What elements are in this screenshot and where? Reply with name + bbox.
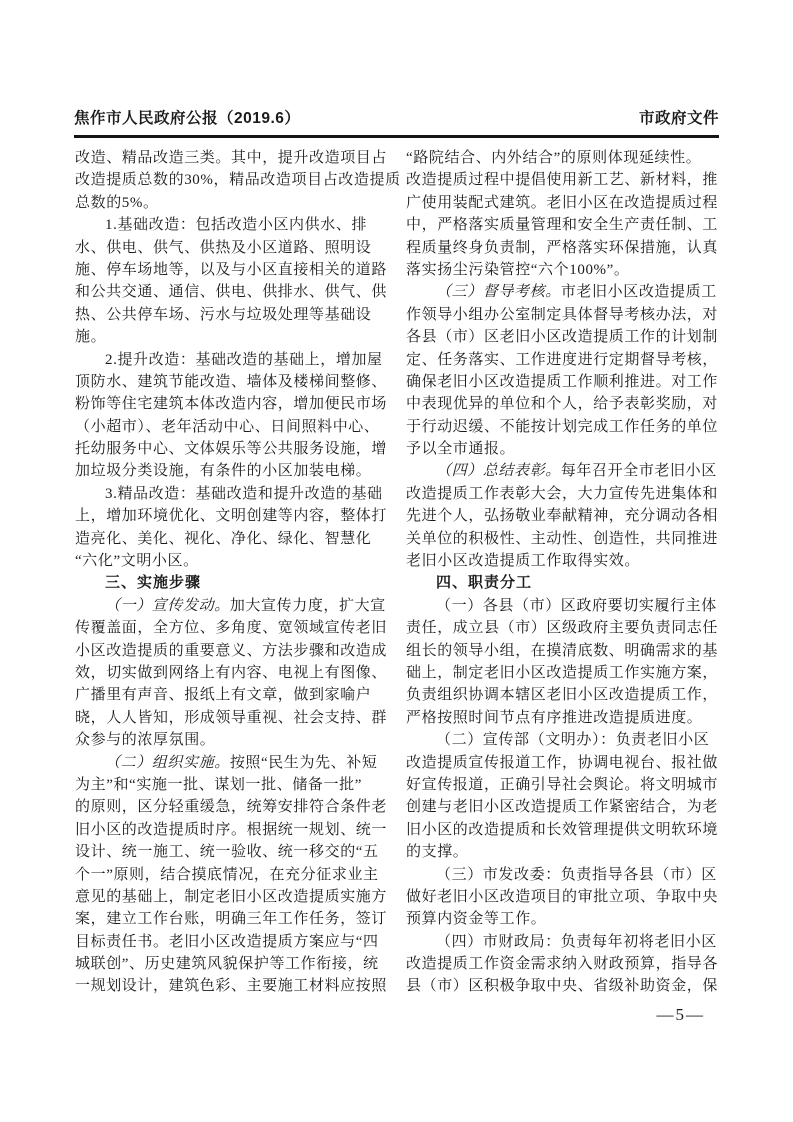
text-line: （二）组织实施。按照“民生为先、补短 [75, 752, 390, 774]
text-line: 改造提质过程中提倡使用新工艺、新材料，推 [406, 169, 721, 191]
text-line: 的支撑。 [406, 841, 721, 863]
text-line: 定、任务落实、工作进度进行定期督导考核， [406, 349, 721, 371]
text-line: 做好老旧小区改造项目的审批立项、争取中央 [406, 886, 721, 908]
text-line: 2.提升改造：基础改造的基础上，增加屋 [75, 349, 390, 371]
text-line: “路院结合、内外结合”的原则体现延续性。 [406, 147, 721, 169]
text-line: 改造、精品改造三类。其中，提升改造项目占 [75, 147, 390, 169]
text-line: 责任，成立县（市）区级政府主要负责同志任 [406, 617, 721, 639]
text-line: 1.基础改造：包括改造小区内供水、排 [75, 214, 390, 236]
text-line: 老旧小区改造提质工作取得实效。 [406, 550, 721, 572]
text-line: 施、停车场地等，以及与小区直接相关的道路 [75, 259, 390, 281]
text-line: 组长的领导小组，在摸清底数、明确需求的基 [406, 640, 721, 662]
text-line: 3.精品改造：基础改造和提升改造的基础 [75, 483, 390, 505]
paragraph-lead: （三）督导考核。 [436, 284, 561, 300]
text-line: 意见的基础上，制定老旧小区改造提质实施方 [75, 886, 390, 908]
text-line: 改造提质宣传报道工作，协调电视台、报社做 [406, 752, 721, 774]
doc-category-label: 市政府文件 [639, 106, 719, 128]
text-line: 小区改造提质的重要意义、方法步骤和改造成 [75, 640, 390, 662]
text-line: 好宣传报道，正确引导社会舆论。将文明城市 [406, 774, 721, 796]
text-line: 创建与老旧小区改造提质工作紧密结合，为老 [406, 796, 721, 818]
text-line: 中表现优异的单位和个人，给予表彰奖励，对 [406, 393, 721, 415]
text-line: 改造提质工作资金需求纳入财政预算，指导各 [406, 953, 721, 975]
text-line: 予以全市通报。 [406, 438, 721, 460]
text-line: 案，建立工作台账，明确三年工作任务，签订 [75, 908, 390, 930]
text-line: 一规划设计，建筑色彩、主要施工材料应按照 [75, 975, 390, 997]
paragraph-lead: （一）宣传发动。 [105, 598, 230, 614]
document-body: 改造、精品改造三类。其中，提升改造项目占改造提质总数的30%，精品改造项目占改造… [75, 147, 721, 998]
page-header: 焦作市人民政府公报（2019.6） 市政府文件 [74, 106, 719, 138]
text-line: 的原则，区分轻重缓急，统筹安排符合条件老 [75, 796, 390, 818]
text-line: 广播里有声音、报纸上有文章，做到家喻户 [75, 684, 390, 706]
text-line: 各县（市）区老旧小区改造提质工作的计划制 [406, 326, 721, 348]
text-line: 粉饰等住宅建筑本体改造内容，增加便民市场 [75, 393, 390, 415]
column-left: 改造、精品改造三类。其中，提升改造项目占改造提质总数的30%，精品改造项目占改造… [75, 147, 390, 998]
text-line: （三）市发改委：负责指导各县（市）区 [406, 864, 721, 886]
text-line: 程质量终身负责制，严格落实环保措施，认真 [406, 237, 721, 259]
text-line: 上，增加环境优化、文明创建等内容，整体打 [75, 505, 390, 527]
text-line: （一）各县（市）区政府要切实履行主体 [406, 595, 721, 617]
text-line: （三）督导考核。市老旧小区改造提质工 [406, 281, 721, 303]
text-line: 广使用装配式建筑。老旧小区在改造提质过程 [406, 192, 721, 214]
text-line: 顶防水、建筑节能改造、墙体及楼梯间整修、 [75, 371, 390, 393]
gazette-page: 焦作市人民政府公报（2019.6） 市政府文件 改造、精品改造三类。其中，提升改… [0, 0, 793, 1122]
text-line: 和公共交通、通信、供电、供排水、供气、供 [75, 281, 390, 303]
text-line: 施。 [75, 326, 390, 348]
text-line: 总数的5%。 [75, 192, 390, 214]
text-line: 效，切实做到网络上有内容、电视上有图像、 [75, 662, 390, 684]
text-line: 负责组织协调本辖区老旧小区改造提质工作， [406, 684, 721, 706]
text-line: 先进个人，弘扬敬业奉献精神，充分调动各相 [406, 505, 721, 527]
text-line: 加垃圾分类设施，有条件的小区加装电梯。 [75, 460, 390, 482]
text-line: （四）总结表彰。每年召开全市老旧小区 [406, 460, 721, 482]
text-line: 落实扬尘污染管控“六个100%”。 [406, 259, 721, 281]
text-line: 设计、统一施工、统一验收、统一移交的“五 [75, 841, 390, 863]
text-line: 旧小区的改造提质和长效管理提供文明软环境 [406, 819, 721, 841]
text-line: 托幼服务中心、文体娱乐等公共服务设施，增 [75, 438, 390, 460]
text-line: （一）宣传发动。加大宣传力度，扩大宣 [75, 595, 390, 617]
text-line: 于行动迟缓、不能按计划完成工作任务的单位 [406, 416, 721, 438]
text-line: 传覆盖面，全方位、多角度、宽领域宣传老旧 [75, 617, 390, 639]
column-right: “路院结合、内外结合”的原则体现延续性。改造提质过程中提倡使用新工艺、新材料，推… [406, 147, 721, 998]
section-heading: 四、职责分工 [406, 572, 721, 594]
text-line: 目标责任书。老旧小区改造提质方案应与“四 [75, 931, 390, 953]
gazette-title: 焦作市人民政府公报（2019.6） [74, 106, 300, 128]
text-line: 确保老旧小区改造提质工作顺利推进。对工作 [406, 371, 721, 393]
text-line: 础上，制定老旧小区改造提质工作实施方案， [406, 662, 721, 684]
text-line: 旧小区的改造提质时序。根据统一规划、统一 [75, 819, 390, 841]
text-line: “六化”文明小区。 [75, 550, 390, 572]
text-line: 众参与的浓厚氛围。 [75, 729, 390, 751]
text-line: 晓，人人皆知，形成领导重视、社会支持、群 [75, 707, 390, 729]
text-line: 改造提质工作表彰大会，大力宣传先进集体和 [406, 483, 721, 505]
paragraph-lead: （二）组织实施。 [105, 755, 230, 771]
text-line: 预算内资金等工作。 [406, 908, 721, 930]
text-line: 造亮化、美化、视化、净化、绿化、智慧化 [75, 528, 390, 550]
text-line: 水、供电、供气、供热及小区道路、照明设 [75, 237, 390, 259]
page-number: —5— [657, 1005, 706, 1025]
paragraph-lead: （四）总结表彰。 [436, 463, 561, 479]
text-line: 严格按照时间节点有序推进改造提质进度。 [406, 707, 721, 729]
text-line: （四）市财政局：负责每年初将老旧小区 [406, 931, 721, 953]
text-line: 城联创”、历史建筑风貌保护等工作衔接，统 [75, 953, 390, 975]
text-line: 为主”和“实施一批、谋划一批、储备一批” [75, 774, 390, 796]
section-heading: 三、实施步骤 [75, 572, 390, 594]
text-line: 改造提质总数的30%，精品改造项目占改造提质 [75, 169, 390, 191]
text-line: 热、公共停车场、污水与垃圾处理等基础设 [75, 304, 390, 326]
text-line: 个一”原则，结合摸底情况，在充分征求业主 [75, 864, 390, 886]
text-line: 县（市）区积极争取中央、省级补助资金，保 [406, 975, 721, 997]
text-line: 作领导小组办公室制定具体督导考核办法，对 [406, 304, 721, 326]
text-line: 关单位的积极性、主动性、创造性，共同推进 [406, 528, 721, 550]
text-line: 中，严格落实质量管理和安全生产责任制、工 [406, 214, 721, 236]
text-line: （小超市）、老年活动中心、日间照料中心、 [75, 416, 390, 438]
text-line: （二）宣传部（文明办）：负责老旧小区 [406, 729, 721, 751]
